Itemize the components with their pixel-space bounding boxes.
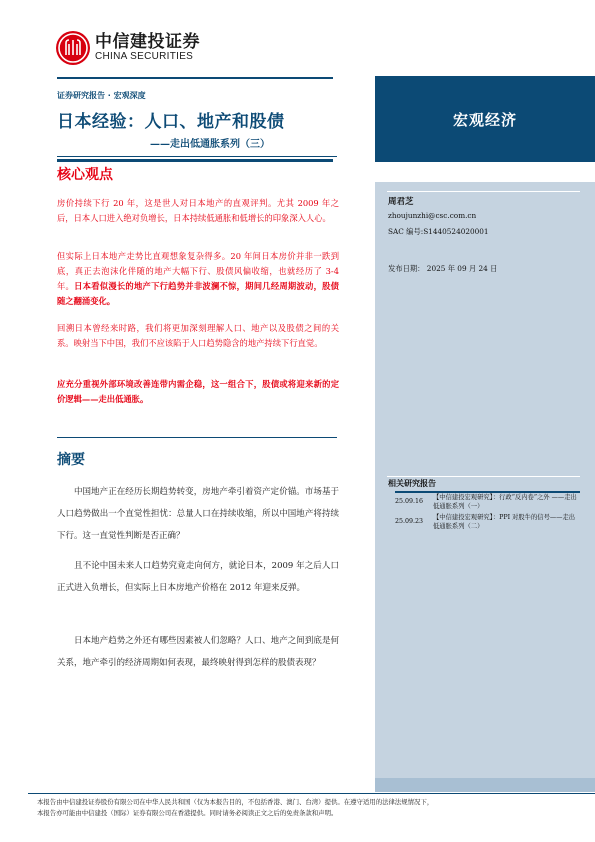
report-category: 证券研究报告 · 宏观深度 [57, 90, 146, 101]
related-report-title[interactable]: 【中信建投宏观研究】：PPI 对股牛的信号——走出低通胀系列（二） [433, 513, 578, 531]
section-divider [57, 437, 337, 438]
author-divider [387, 191, 580, 192]
brand-name-cn: 中信建投证券 [95, 33, 200, 51]
summary-paragraph: 日本地产趋势之外还有哪些因素被人们忽略？人口、地产之间到底是何关系，地产牵引的经… [57, 630, 339, 674]
summary-paragraph: 且不论中国未来人口趋势究竟走向何方，就论日本，2009 年之后人口正式进入负增长… [57, 555, 339, 599]
related-report-title[interactable]: 【中信建投宏观研究】：行政“反内卷”之外 ——走出低通胀系列（一） [433, 493, 578, 511]
company-logo: 中信建投证券 CHINA SECURITIES [56, 31, 200, 65]
author-email[interactable]: zhoujunzhi@csc.com.cn [388, 211, 476, 220]
author-sac-number: SAC 编号:S1440524020001 [388, 227, 489, 237]
core-conclusion: 应充分重视外部环境改善连带内需企稳，这一组合下，股债或将迎来新的定价逻辑——走出… [57, 377, 339, 407]
brand-name-en: CHINA SECURITIES [95, 51, 200, 63]
core-paragraph: 回溯日本曾经来时路，我们将更加深刻理解人口、地产以及股债之间的关系。映射当下中国… [57, 321, 339, 351]
report-title: 日本经验：人口、地产和股债 [57, 107, 285, 132]
core-views-heading: 核心观点 [57, 164, 113, 184]
related-report-item[interactable]: 25.09.16 【中信建投宏观研究】：行政“反内卷”之外 ——走出低通胀系列（… [395, 493, 578, 511]
related-reports-heading: 相关研究报告 [388, 478, 436, 489]
summary-paragraph: 中国地产正在经历长期趋势转变，房地产牵引着资产定价锚。市场基于人口趋势做出一个直… [57, 481, 339, 547]
author-name: 周君芝 [388, 195, 414, 207]
core-paragraph: 但实际上日本地产走势比直观想象复杂得多。20 年间日本房价并非一跌到底，真正去泡… [57, 249, 339, 309]
core-paragraph: 房价持续下行 20 年，这是世人对日本地产的直观评判。尤其 2009 年之后，日… [57, 196, 339, 226]
related-divider-top [387, 476, 580, 477]
title-divider-thin [57, 156, 337, 157]
core-emphasis: 日本看似漫长的地产下行趋势并非波澜不惊，期间几经周期波动，股债随之翻涌变化。 [57, 281, 339, 306]
report-subtitle: ——走出低通胀系列（三） [150, 135, 270, 150]
disclaimer-footer: 本报告由中信建投证券股份有限公司在中华人民共和国（仅为本报告目的，不包括香港、澳… [37, 797, 595, 819]
disclaimer-line: 本报告由中信建投证券股份有限公司在中华人民共和国（仅为本报告目的，不包括香港、澳… [37, 797, 595, 808]
publish-date: 发布日期： 2025 年 09 月 24 日 [388, 264, 497, 274]
sidebar-footer-band [375, 778, 595, 792]
related-report-date: 25.09.23 [395, 513, 433, 531]
disclaimer-line: 本报告亦可能由中信建投（国际）证券有限公司在香港提供。同时请务必阅读正文之后的免… [37, 808, 595, 819]
sector-label: 宏观经济 [453, 109, 517, 130]
related-report-item[interactable]: 25.09.23 【中信建投宏观研究】：PPI 对股牛的信号——走出低通胀系列（… [395, 513, 578, 531]
footer-divider [28, 793, 595, 794]
summary-heading: 摘要 [57, 449, 85, 469]
citic-logo-icon [56, 31, 90, 65]
sector-banner: 宏观经济 [375, 76, 595, 162]
header-divider [57, 77, 333, 79]
related-report-date: 25.09.16 [395, 493, 433, 511]
title-divider-thick [57, 159, 333, 162]
